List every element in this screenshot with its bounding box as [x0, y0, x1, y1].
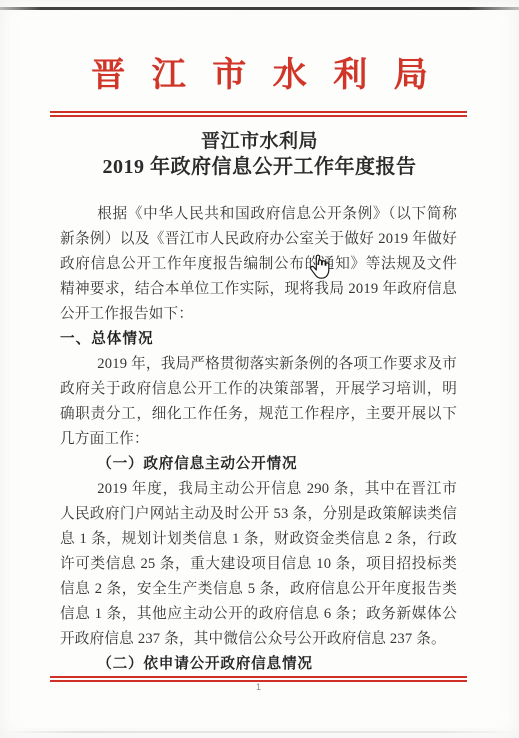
document-title: 晋江市水利局 2019 年政府信息公开工作年度报告 [0, 129, 519, 181]
document-title-line1: 晋江市水利局 [0, 129, 519, 154]
rule-bar-bottom [50, 115, 467, 117]
scan-bottom-edge-line [0, 731, 519, 733]
heading-overall-situation: 一、总体情况 [60, 327, 457, 352]
letterhead-double-rule [50, 111, 467, 117]
scanned-document-page: 晋江市水利局 晋江市水利局 2019 年政府信息公开工作年度报告 根据《中华人民… [0, 0, 519, 738]
document-title-line2: 2019 年政府信息公开工作年度报告 [0, 154, 519, 181]
page-number: 1 [0, 682, 517, 692]
scan-top-edge-line [0, 7, 519, 10]
hand-cursor-icon [308, 253, 332, 285]
paragraph-proactive-disclosure: 2019 年度，我局主动公开信息 290 条，其中在晋江市人民政府门户网站主动及… [60, 477, 457, 652]
paragraph-overall-situation: 2019 年，我局严格贯彻落实新条例的各项工作要求及市政府关于政府信息公开工作的… [60, 352, 457, 452]
heading-disclosure-upon-request: （二）依申请公开政府信息情况 [60, 652, 457, 677]
document-body: 根据《中华人民共和国政府信息公开条例》（以下简称新条例）以及《晋江市人民政府办公… [60, 202, 457, 677]
heading-proactive-disclosure: （一）政府信息主动公开情况 [60, 452, 457, 477]
paragraph-legal-basis: 根据《中华人民共和国政府信息公开条例》（以下简称新条例）以及《晋江市人民政府办公… [60, 202, 457, 327]
letterhead-agency-name: 晋江市水利局 [0, 54, 519, 98]
footer-double-rule [50, 676, 467, 682]
